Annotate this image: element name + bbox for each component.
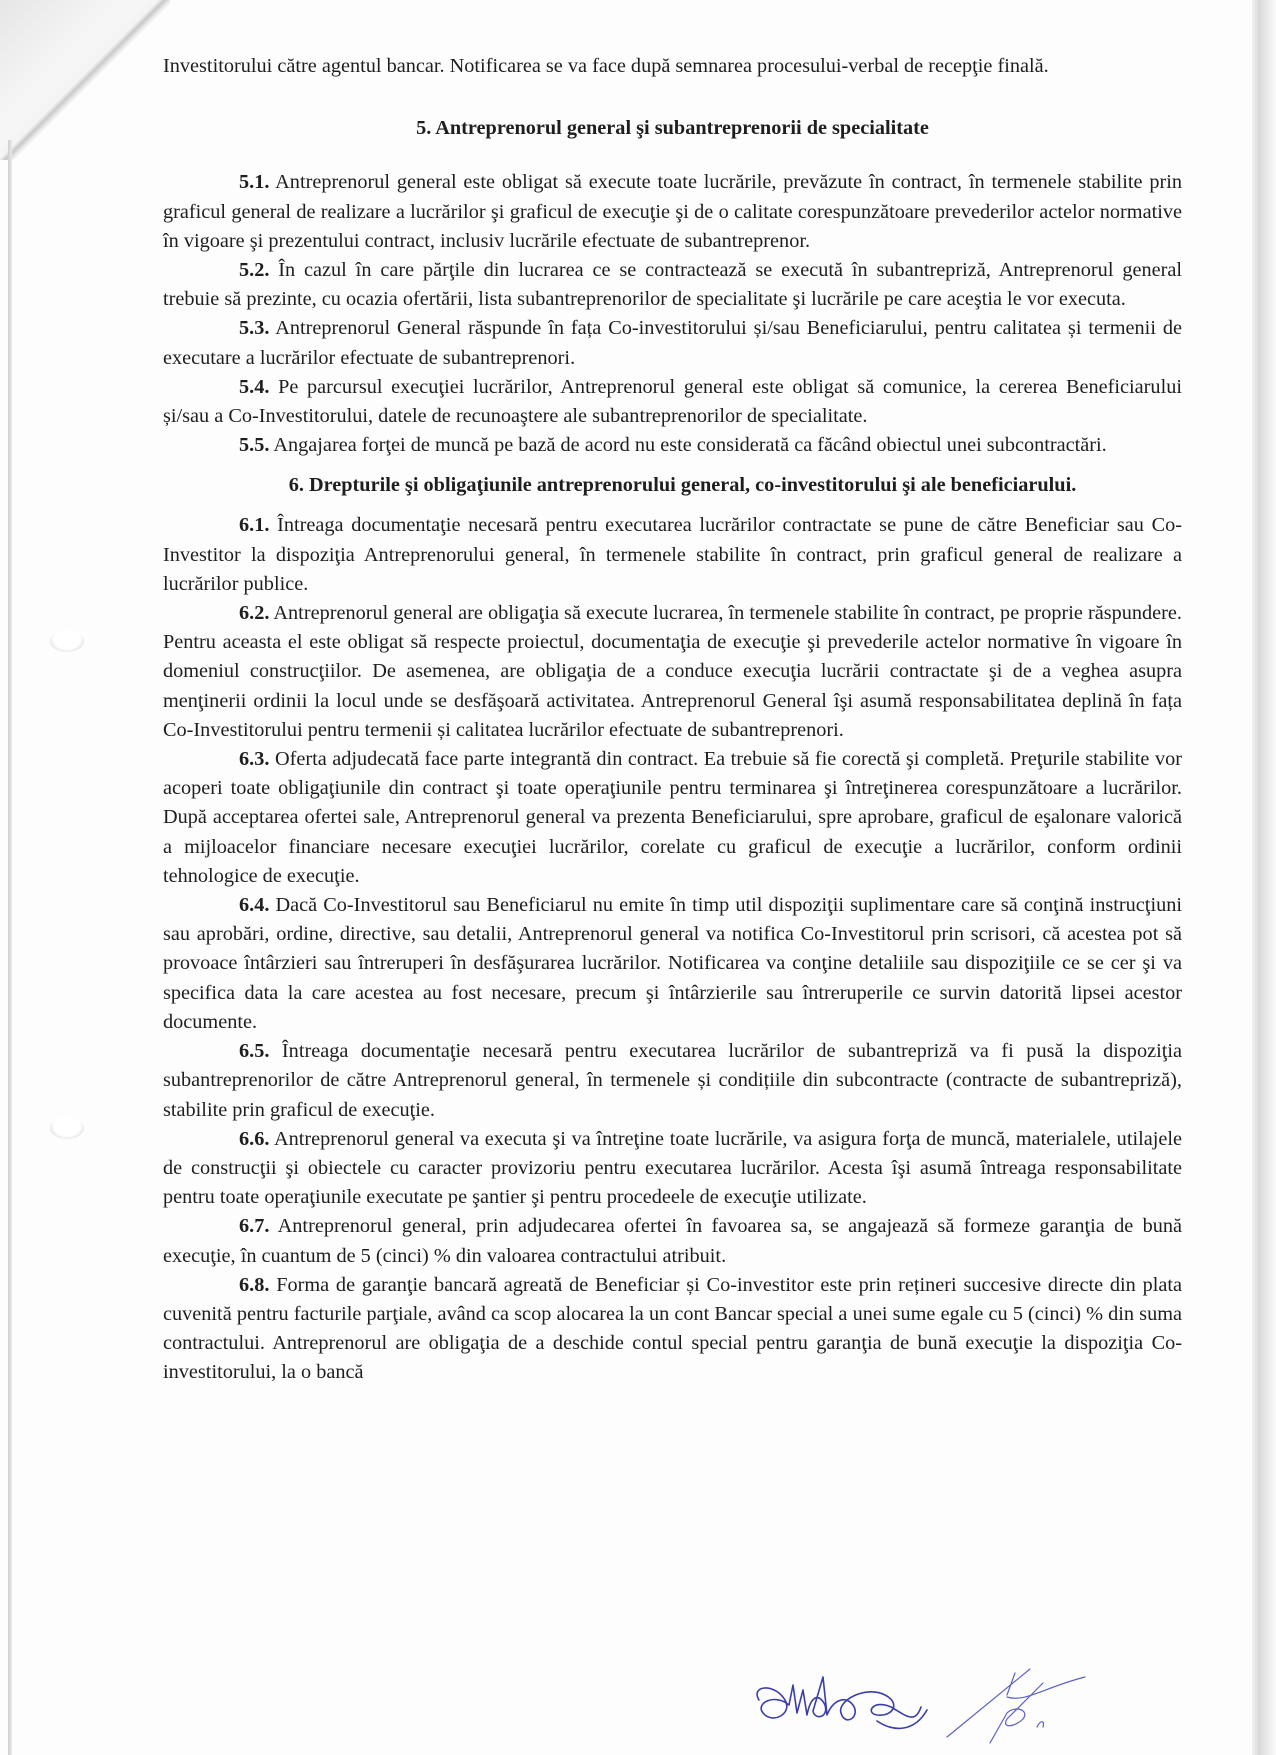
intro-paragraph: Investitorului către agentul bancar. Not… bbox=[163, 52, 1182, 81]
clause-number: 5.3. bbox=[239, 317, 269, 339]
clause-number: 5.4. bbox=[239, 376, 269, 398]
punch-hole-icon bbox=[50, 630, 84, 652]
signature-icon bbox=[947, 1669, 1085, 1743]
signatures bbox=[745, 1655, 1105, 1745]
clause-6-7: 6.7. Antreprenorul general, prin adjudec… bbox=[163, 1212, 1182, 1270]
punch-hole-icon bbox=[50, 1117, 84, 1139]
clause-text: Întreaga documentaţie necesară pentru ex… bbox=[163, 1040, 1182, 1120]
scan-edge-shadow-right bbox=[1252, 0, 1276, 1755]
clause-text: Angajarea forţei de muncă pe bază de aco… bbox=[269, 434, 1106, 456]
clause-5-3: 5.3. Antreprenorul General răspunde în f… bbox=[163, 314, 1182, 372]
clause-6-6: 6.6. Antreprenorul general va executa şi… bbox=[163, 1125, 1182, 1213]
clause-5-4: 5.4. Pe parcursul execuţiei lucrărilor, … bbox=[163, 373, 1182, 431]
clause-number: 6.3. bbox=[239, 748, 269, 770]
clause-text: Antreprenorul general are obligaţia să e… bbox=[163, 602, 1182, 741]
clause-5-2: 5.2. În cazul în care părţile din lucrar… bbox=[163, 256, 1182, 314]
clause-text: În cazul în care părţile din lucrarea ce… bbox=[163, 259, 1182, 310]
clause-number: 6.7. bbox=[239, 1215, 269, 1237]
clause-text: Oferta adjudecată face parte integrantă … bbox=[163, 748, 1182, 887]
clause-number: 5.2. bbox=[239, 259, 269, 281]
clause-text: Antreprenorul general va executa şi va î… bbox=[163, 1128, 1182, 1208]
scan-edge-shadow-left bbox=[8, 140, 12, 1755]
clause-5-1: 5.1. Antreprenorul general este obligat … bbox=[163, 168, 1182, 256]
clause-text: Întreaga documentaţie necesară pentru ex… bbox=[163, 514, 1182, 594]
clause-6-3: 6.3. Oferta adjudecată face parte integr… bbox=[163, 745, 1182, 891]
clause-text: Antreprenorul general, prin adjudecarea … bbox=[163, 1215, 1182, 1266]
clause-number: 5.1. bbox=[239, 171, 269, 193]
section-5-heading: 5. Antreprenorul general şi subantrepren… bbox=[163, 114, 1182, 143]
clause-6-4: 6.4. Dacă Co-Investitorul sau Beneficiar… bbox=[163, 891, 1182, 1037]
clause-text: Forma de garanţie bancară agreată de Ben… bbox=[163, 1274, 1182, 1384]
clause-6-5: 6.5. Întreaga documentaţie necesară pent… bbox=[163, 1037, 1182, 1125]
clause-number: 6.2. bbox=[239, 602, 269, 624]
clause-number: 5.5. bbox=[239, 434, 269, 456]
clause-text: Dacă Co-Investitorul sau Beneficiarul nu… bbox=[163, 894, 1182, 1033]
clause-text: Antreprenorul General răspunde în fața C… bbox=[163, 317, 1182, 368]
clause-text: Antreprenorul general este obligat să ex… bbox=[163, 171, 1182, 251]
clause-6-8: 6.8. Forma de garanţie bancară agreată d… bbox=[163, 1271, 1182, 1388]
clause-number: 6.1. bbox=[239, 514, 269, 536]
clause-6-1: 6.1. Întreaga documentaţie necesară pent… bbox=[163, 511, 1182, 599]
document-body: Investitorului către agentul bancar. Not… bbox=[163, 52, 1182, 1388]
clause-number: 6.8. bbox=[239, 1274, 269, 1296]
clause-number: 6.6. bbox=[239, 1128, 269, 1150]
section-6-heading: 6. Drepturile şi obligaţiunile antrepren… bbox=[163, 471, 1182, 499]
clause-5-5: 5.5. Angajarea forţei de muncă pe bază d… bbox=[163, 431, 1182, 460]
signature-icon bbox=[757, 1677, 927, 1728]
clause-number: 6.4. bbox=[239, 894, 269, 916]
page-corner-fold bbox=[0, 0, 170, 160]
clause-number: 6.5. bbox=[239, 1040, 269, 1062]
clause-6-2: 6.2. Antreprenorul general are obligaţia… bbox=[163, 599, 1182, 745]
clause-text: Pe parcursul execuţiei lucrărilor, Antre… bbox=[163, 376, 1182, 427]
